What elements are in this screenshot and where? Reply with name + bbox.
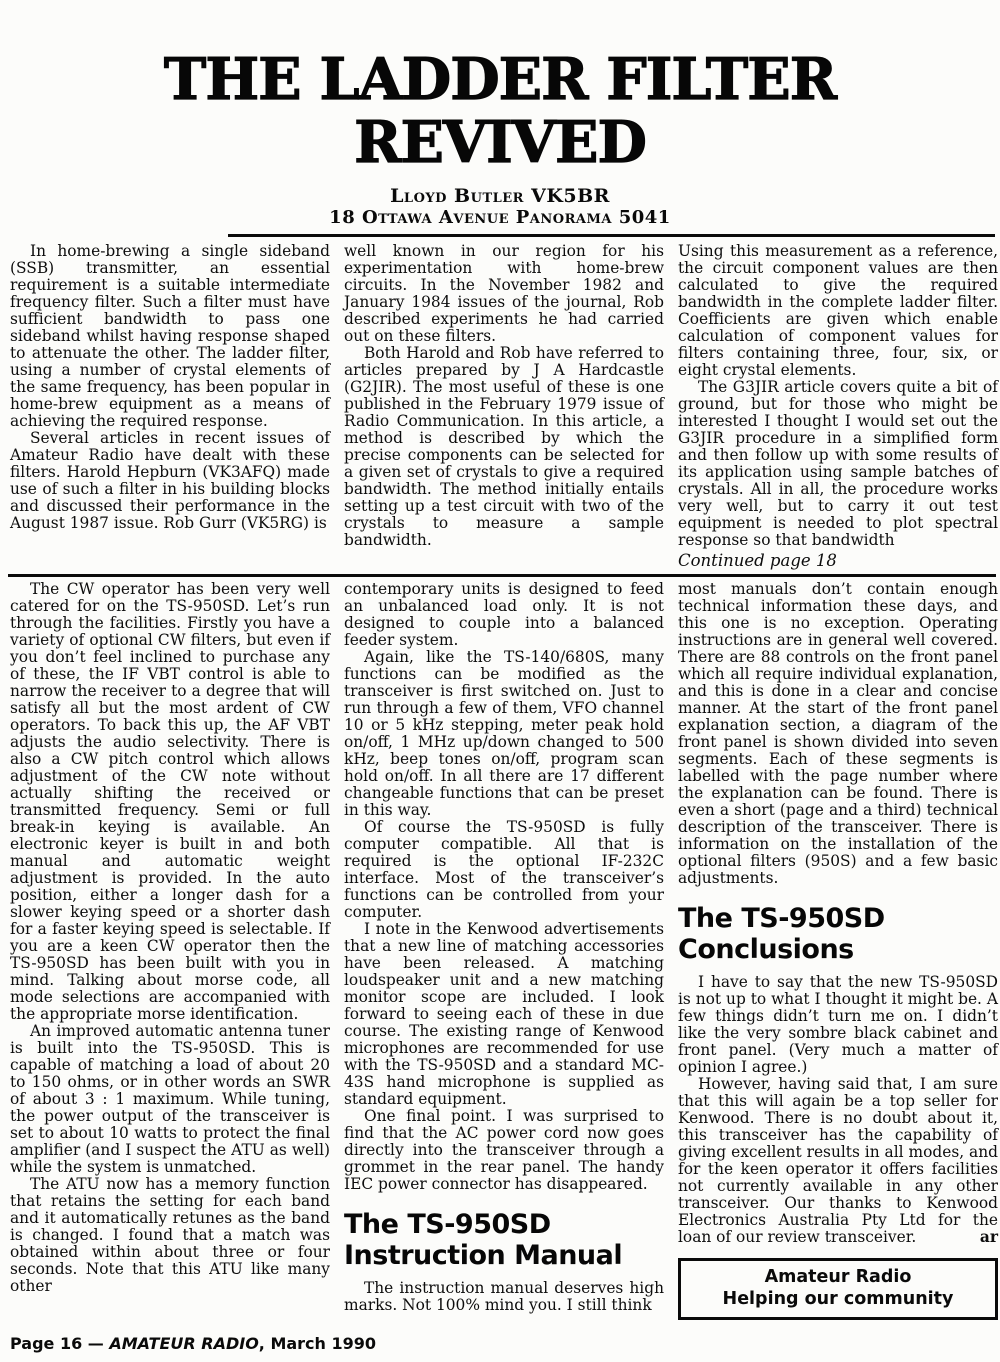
body-paragraph: well known in our region for his experim… — [344, 243, 664, 345]
body-paragraph: In home-brewing a single sideband (SSB) … — [10, 243, 330, 430]
body-paragraph: Using this measurement as a reference, t… — [678, 243, 998, 379]
section-heading: The TS-950SD Instruction Manual — [344, 1209, 664, 1271]
top-column-2: well known in our region for his experim… — [344, 243, 664, 569]
byline: Lloyd Butler VK5BR 18 Ottawa Avenue Pano… — [0, 185, 1000, 228]
body-paragraph: The instruction manual deserves high mar… — [344, 1280, 664, 1314]
body-paragraph: The CW operator has been very well cater… — [10, 581, 330, 1023]
body-paragraph: I have to say that the new TS-950SD is n… — [678, 974, 998, 1076]
body-paragraph: An improved automatic antenna tuner is b… — [10, 1023, 330, 1176]
body-paragraph: Of course the TS-950SD is fully computer… — [344, 819, 664, 921]
body-paragraph: Several articles in recent issues of Ama… — [10, 430, 330, 532]
article-title-line2: REVIVED — [0, 111, 1000, 174]
section-divider-rule — [8, 574, 996, 577]
bottom-column-3-text: most manuals don’t contain enough techni… — [678, 581, 998, 1246]
magazine-page: THE LADDER FILTER REVIVED Lloyd Butler V… — [0, 0, 1000, 1362]
top-column-3: Using this measurement as a reference, t… — [678, 243, 998, 569]
body-paragraph: The ATU now has a memory function that r… — [10, 1176, 330, 1295]
body-paragraph: Again, like the TS-140/680S, many functi… — [344, 649, 664, 819]
footer-issue-date: , March 1990 — [259, 1334, 376, 1353]
body-paragraph: Both Harold and Rob have referred to art… — [344, 345, 664, 549]
continued-note: Continued page 18 — [678, 552, 998, 569]
byline-address: 18 Ottawa Avenue Panorama 5041 — [0, 207, 1000, 228]
body-paragraph: contemporary units is designed to feed a… — [344, 581, 664, 649]
top-section: In home-brewing a single sideband (SSB) … — [10, 243, 998, 569]
bottom-section: The CW operator has been very well cater… — [10, 581, 998, 1320]
body-paragraph: I note in the Kenwood advertisements tha… — [344, 921, 664, 1108]
page-footer: Page 16 — AMATEUR RADIO, March 1990 — [10, 1334, 376, 1353]
section-heading: The TS-950SD Conclusions — [678, 903, 998, 965]
body-paragraph: most manuals don’t contain enough techni… — [678, 581, 998, 887]
byline-rule — [228, 234, 995, 237]
author-initials: ar — [960, 1229, 998, 1246]
footer-magazine-name: AMATEUR RADIO — [109, 1334, 258, 1353]
body-paragraph: The G3JIR article covers quite a bit of … — [678, 379, 998, 549]
bottom-column-2: contemporary units is designed to feed a… — [344, 581, 664, 1320]
body-paragraph: One final point. I was surprised to find… — [344, 1108, 664, 1193]
promo-box: Amateur Radio Helping our community — [678, 1258, 998, 1320]
promo-box-line1: Amateur Radio — [687, 1266, 989, 1288]
article-title: THE LADDER FILTER REVIVED — [0, 48, 1000, 174]
promo-box-line2: Helping our community — [687, 1288, 989, 1310]
footer-page-number: Page 16 — — [10, 1334, 109, 1353]
article-title-line1: THE LADDER FILTER — [0, 48, 1000, 111]
bottom-column-1: The CW operator has been very well cater… — [10, 581, 330, 1320]
byline-author: Lloyd Butler VK5BR — [0, 185, 1000, 207]
body-paragraph: However, having said that, I am sure tha… — [678, 1076, 998, 1246]
top-column-1: In home-brewing a single sideband (SSB) … — [10, 243, 330, 569]
bottom-column-3: most manuals don’t contain enough techni… — [678, 581, 998, 1320]
